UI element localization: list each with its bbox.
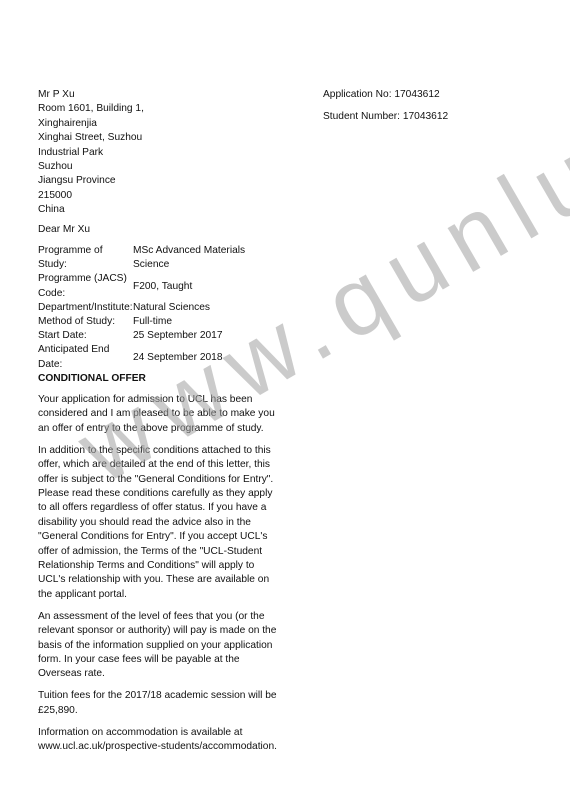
details-row: Anticipated End Date: 24 September 2018	[38, 343, 283, 371]
details-label: Programme of Study:	[38, 244, 133, 272]
address-line: Suzhou	[38, 160, 144, 174]
address-line: China	[38, 203, 144, 217]
reference-numbers: Application No: 17043612 Student Number:…	[323, 88, 448, 132]
address-line: Industrial Park	[38, 146, 144, 160]
application-number: Application No: 17043612	[323, 88, 448, 102]
details-row: Programme of Study: MSc Advanced Materia…	[38, 244, 283, 272]
address-line: Xinghai Street, Suzhou	[38, 131, 144, 145]
details-label: Anticipated End Date:	[38, 343, 133, 371]
details-label: Programme (JACS) Code:	[38, 272, 133, 300]
letter-body: Your application for admission to UCL ha…	[38, 393, 283, 762]
details-label: Department/Institute:	[38, 301, 133, 315]
paragraph: Tuition fees for the 2017/18 academic se…	[38, 689, 283, 718]
details-value: Full-time	[133, 315, 283, 329]
details-row: Department/Institute: Natural Sciences	[38, 301, 283, 315]
address-line: Room 1601, Building 1,	[38, 102, 144, 116]
paragraph: An assessment of the level of fees that …	[38, 610, 283, 682]
paragraph: Information on accommodation is availabl…	[38, 726, 283, 755]
address-line: 215000	[38, 189, 144, 203]
programme-details-table: Programme of Study: MSc Advanced Materia…	[38, 244, 283, 372]
student-number: Student Number: 17043612	[323, 110, 448, 124]
details-label: Start Date:	[38, 329, 133, 343]
offer-title: CONDITIONAL OFFER	[38, 373, 146, 384]
details-row: Programme (JACS) Code: F200, Taught	[38, 272, 283, 300]
recipient-address: Mr P Xu Room 1601, Building 1, Xinghaire…	[38, 88, 144, 218]
details-value: MSc Advanced Materials Science	[133, 244, 283, 272]
details-value: Natural Sciences	[133, 301, 283, 315]
details-value: F200, Taught	[133, 272, 283, 300]
address-line: Xinghairenjia	[38, 117, 144, 131]
details-label: Method of Study:	[38, 315, 133, 329]
details-value: 24 September 2018	[133, 343, 283, 371]
paragraph: Your application for admission to UCL ha…	[38, 393, 283, 436]
salutation: Dear Mr Xu	[38, 224, 90, 235]
details-row: Start Date: 25 September 2017	[38, 329, 283, 343]
address-line: Jiangsu Province	[38, 174, 144, 188]
details-value: 25 September 2017	[133, 329, 283, 343]
paragraph: In addition to the specific conditions a…	[38, 444, 283, 602]
address-line: Mr P Xu	[38, 88, 144, 102]
details-row: Method of Study: Full-time	[38, 315, 283, 329]
